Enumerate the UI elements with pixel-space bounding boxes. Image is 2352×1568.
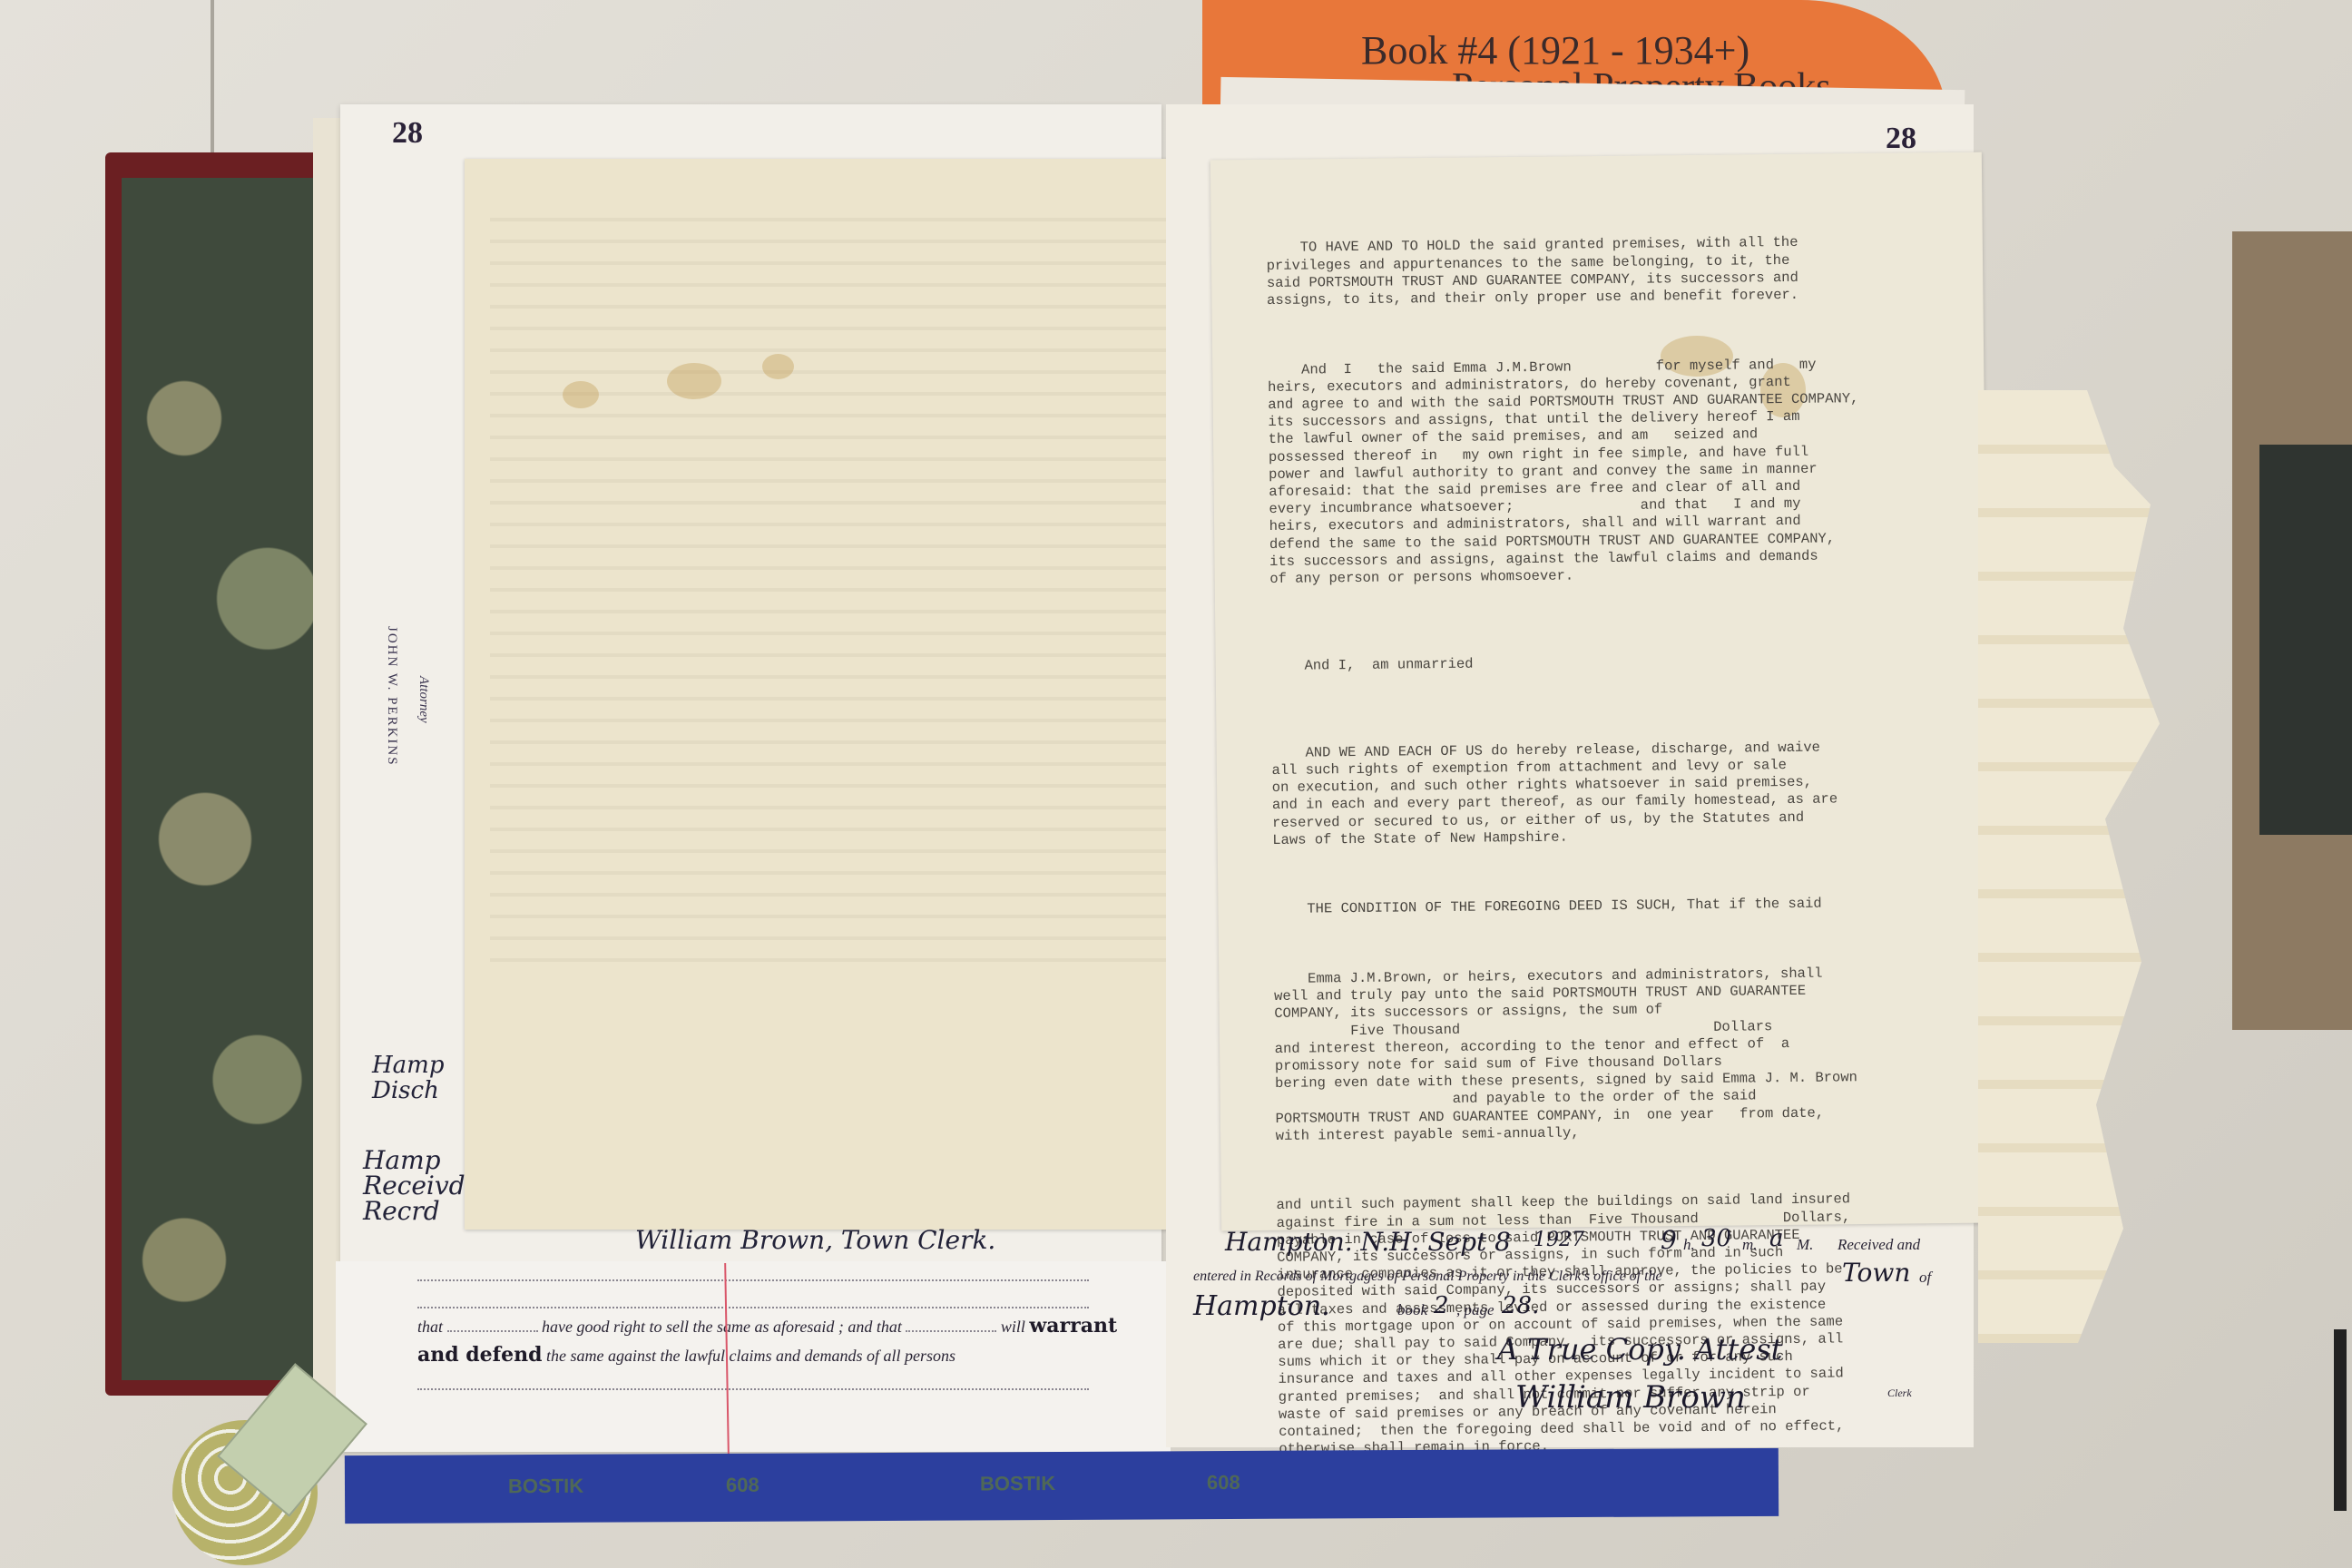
recording-form: Hampton. N.H. Sept 8 1927 9 h. 30 m. a M… (1171, 1225, 1969, 1434)
minute: 30 (1701, 1225, 1731, 1252)
form-line-1: that have good right to sell the same as… (417, 1314, 1117, 1338)
stain (563, 381, 599, 408)
faded-text-lines (490, 200, 1198, 971)
stain (762, 354, 794, 379)
handwriting-line: Hamp (372, 1053, 444, 1078)
right-page-number: 28 (1886, 122, 1916, 156)
binder-dark-band (2259, 445, 2352, 835)
deed-paragraph: AND WE AND EACH OF US do hereby release,… (1271, 720, 1980, 849)
office-type: Town (1842, 1258, 1910, 1288)
clerk-signature: William Brown (1515, 1379, 1746, 1416)
form-gothic-word: and defend (417, 1343, 543, 1367)
left-page-number: 28 (392, 116, 423, 151)
entered-label: entered in Records of Mortgages of Perso… (1193, 1269, 1662, 1285)
pen (2334, 1329, 2347, 1511)
handwriting-line: Hamp (363, 1148, 465, 1173)
table-seam (211, 0, 214, 154)
handwriting-line: Disch (372, 1078, 444, 1103)
hour: 9 (1661, 1225, 1677, 1255)
received-label: Received and (1837, 1236, 1920, 1254)
handwriting-line: Receivd (363, 1173, 465, 1199)
form-line-2: and defend the same against the lawful c… (417, 1343, 955, 1367)
form-text: the same against the lawful claims and d… (546, 1347, 955, 1365)
form-text: have good right to sell the same as afor… (542, 1318, 902, 1336)
marbled-endpaper (122, 178, 330, 1380)
form-word: will (1001, 1318, 1025, 1336)
clerk-label: Clerk (1887, 1387, 1912, 1400)
form-dotted-line (417, 1307, 1089, 1308)
deed-paragraph: And I, am unmarried (1270, 632, 1978, 675)
form-gothic-word: warrant (1029, 1314, 1117, 1338)
place-date: Hampton. N.H. Sept 8 (1225, 1227, 1511, 1257)
form-dotted-line (417, 1388, 1089, 1390)
deed-paragraph: THE CONDITION OF THE FOREGOING DEED IS S… (1273, 894, 1981, 918)
deed-paragraph: TO HAVE AND TO HOLD the said granted pre… (1266, 232, 1975, 309)
attorney-label: Attorney (416, 676, 431, 723)
book-number: 2 (1434, 1292, 1449, 1319)
h-label: h. (1683, 1236, 1695, 1254)
blank-field (906, 1330, 996, 1332)
deed-paragraph: And I the said Emma J.M.Brown for myself… (1268, 354, 1978, 588)
blank-field (447, 1330, 538, 1332)
of-label: of (1919, 1269, 1931, 1287)
page-number: 28. (1502, 1292, 1539, 1319)
ampm: a (1769, 1225, 1784, 1252)
handwritten-note-2: Hamp Receivd Recrd (363, 1148, 465, 1224)
attorney-name: JOHN W. PERKINS (384, 626, 399, 767)
tape-print: BOSTIK (980, 1472, 1055, 1495)
year: 1927 (1534, 1229, 1584, 1251)
blue-tape: BOSTIK 608 BOSTIK 608 (345, 1448, 1779, 1524)
form-dotted-line (417, 1279, 1089, 1281)
m-label: m. (1742, 1236, 1758, 1254)
stain (667, 363, 721, 399)
page-label: , page (1456, 1301, 1494, 1319)
tape-print: BOSTIK (508, 1475, 583, 1498)
handwritten-note-1: Hamp Disch (372, 1053, 444, 1103)
town: Hampton. (1193, 1290, 1330, 1322)
attest: A True Copy. Attest (1497, 1332, 1783, 1367)
m-suffix: M. (1797, 1236, 1813, 1254)
handwriting-line: Recrd (363, 1199, 465, 1224)
tape-print: 608 (1207, 1471, 1240, 1494)
deed-paragraph: Emma J.M.Brown, or heirs, executors and … (1274, 964, 1984, 1145)
tape-print: 608 (726, 1474, 759, 1497)
form-word: that (417, 1318, 443, 1336)
left-clerk-signature: William Brown, Town Clerk. (635, 1225, 995, 1255)
book-label: book (1397, 1301, 1427, 1319)
